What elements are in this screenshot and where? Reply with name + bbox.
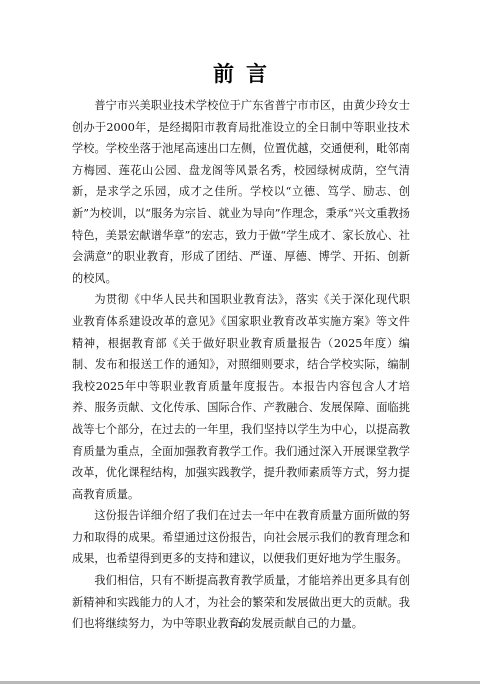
paragraph-school-intro: 普宁市兴美职业技术学校位于广东省普宁市市区，由黄少玲女士创办于2000年，是经揭… <box>72 95 410 289</box>
paragraph-report-purpose: 这份报告详细介绍了我们在过去一年中在教育质量方面所做的努力和取得的成果。希望通过… <box>72 505 410 570</box>
page-number: - 1 - <box>0 621 480 629</box>
document-body: 普宁市兴美职业技术学校位于广东省普宁市市区，由黄少玲女士创办于2000年，是经揭… <box>72 95 410 635</box>
paragraph-report-basis: 为贯彻《中华人民共和国职业教育法》，落实《关于深化现代职业教育体系建设改革的意见… <box>72 289 410 505</box>
page-title: 前言 <box>0 58 480 88</box>
document-page: 前言 普宁市兴美职业技术学校位于广东省普宁市市区，由黄少玲女士创办于2000年，… <box>0 0 480 681</box>
